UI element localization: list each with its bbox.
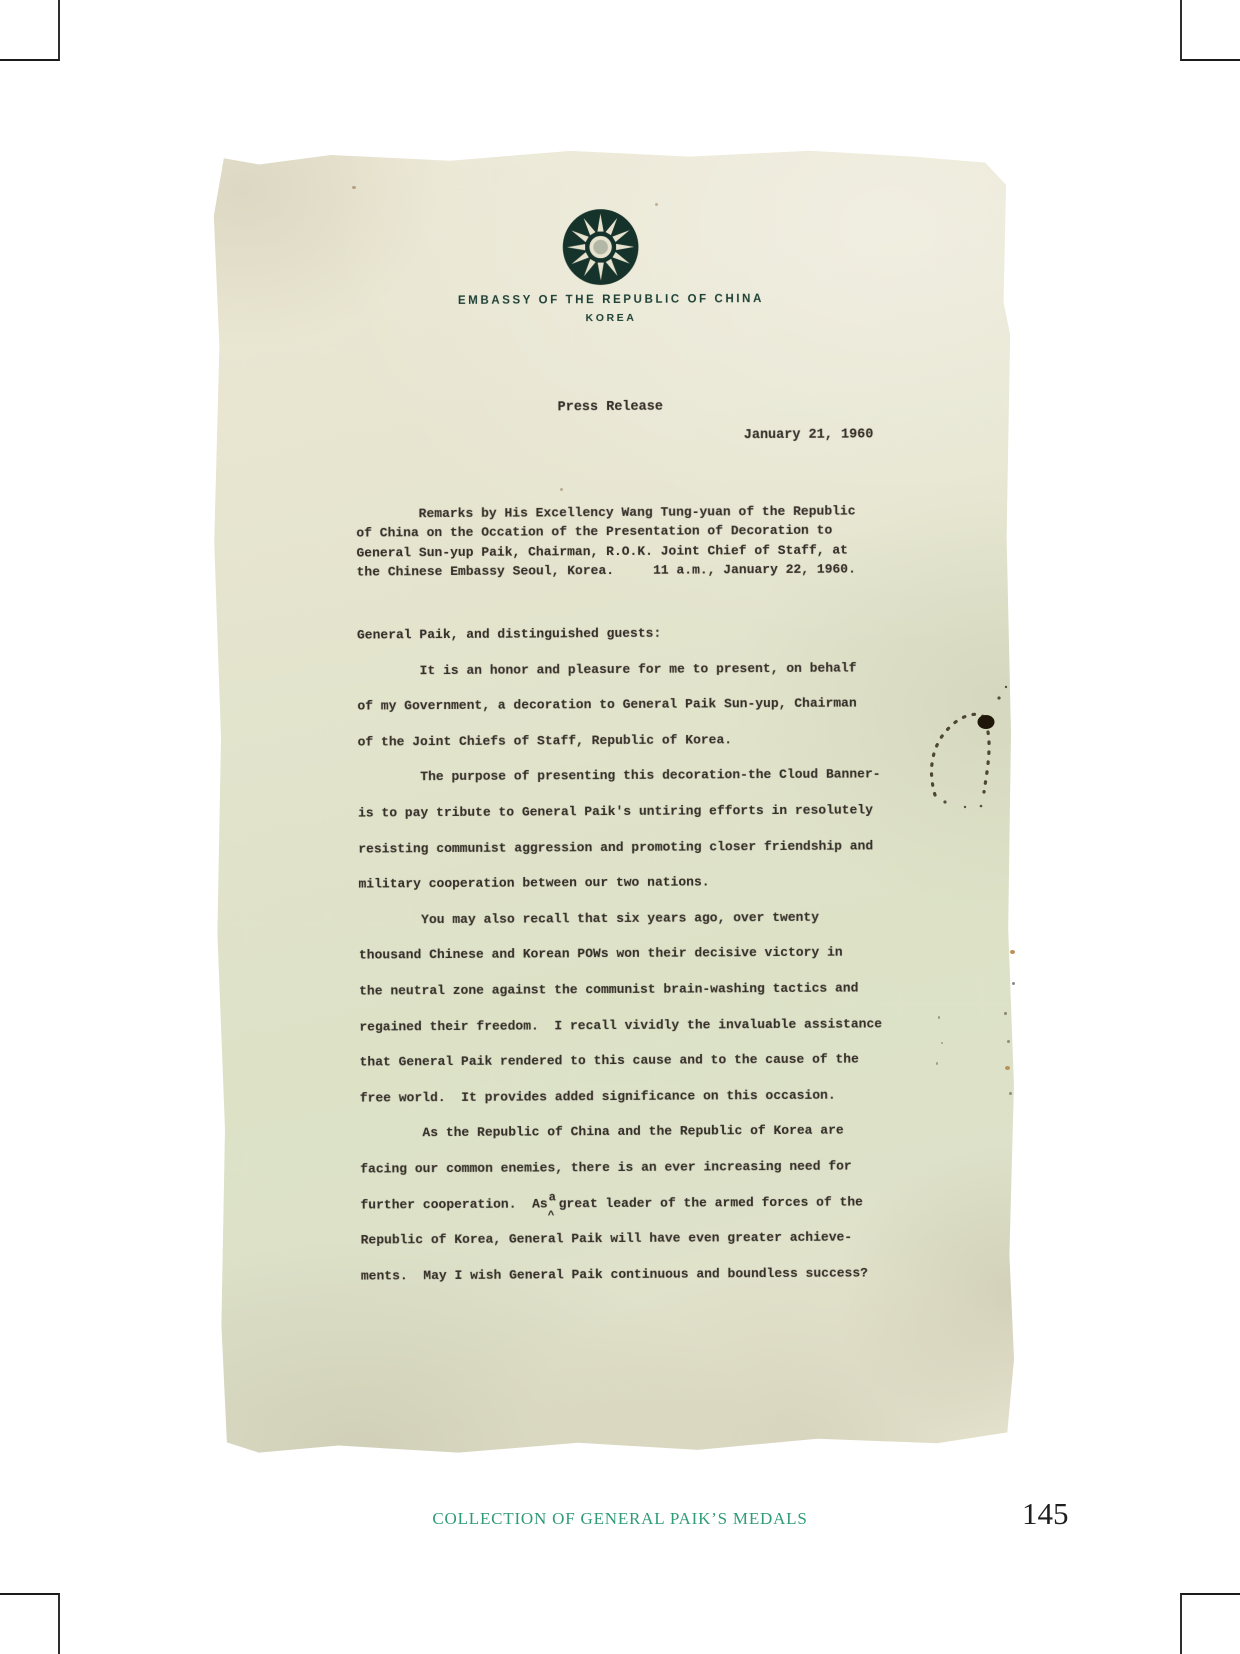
remarks-line: the Chinese Embassy Seoul, Korea. 11 a.m…	[357, 560, 856, 582]
embassy-country: KOREA	[212, 310, 1010, 327]
body-line: Republic of Korea, General Paik will hav…	[361, 1219, 884, 1258]
body-line: regained their freedom. I recall vividly…	[359, 1006, 882, 1045]
body-line: The purpose of presenting this decoratio…	[358, 757, 881, 796]
body-line: the neutral zone against the communist b…	[359, 970, 882, 1009]
body-line: You may also recall that six years ago, …	[359, 899, 882, 938]
crop-mark-bottom-right	[1180, 1593, 1240, 1654]
paper-speck	[560, 488, 563, 491]
crop-mark-top-right	[1180, 0, 1240, 61]
remarks-heading: Remarks by His Excellency Wang Tung-yuan…	[356, 502, 856, 583]
paper-speck	[1009, 1092, 1012, 1095]
letter-date: January 21, 1960	[744, 427, 874, 443]
body-line: ments. May I wish General Paik continuou…	[361, 1255, 884, 1294]
caret-mark: ^	[548, 1199, 555, 1235]
body-line: facing our common enemies, there is an e…	[360, 1148, 883, 1187]
paper-speck	[352, 186, 356, 189]
paper-speck	[941, 1042, 943, 1044]
paper-speck	[1007, 1040, 1010, 1043]
body-line: free world. It provides added significan…	[360, 1077, 883, 1116]
typed-insertion: a^	[548, 1194, 559, 1207]
letter-paper: EMBASSY OF THE REPUBLIC OF CHINA KOREA P…	[211, 146, 1017, 1456]
body-line: resisting communist aggression and promo…	[358, 828, 881, 867]
body-line-pre: further cooperation. As	[360, 1196, 547, 1212]
ink-stain	[915, 680, 1015, 820]
paper-speck	[1004, 1012, 1007, 1015]
body-line: that General Paik rendered to this cause…	[359, 1041, 882, 1080]
doc-type-title: Press Release	[558, 400, 663, 416]
paper-speck	[655, 203, 658, 206]
crop-mark-top-left	[0, 0, 60, 61]
letter-body: General Paik, and distinguished guests: …	[357, 614, 884, 1293]
body-line-with-insertion: further cooperation. Asa^great leader of…	[360, 1184, 883, 1223]
salutation: General Paik, and distinguished guests:	[357, 614, 880, 653]
paper-speck	[1010, 950, 1015, 954]
paper-speck	[938, 1016, 940, 1019]
book-page: EMBASSY OF THE REPUBLIC OF CHINA KOREA P…	[0, 0, 1240, 1654]
paper-speck	[936, 1062, 938, 1065]
embassy-name: EMBASSY OF THE REPUBLIC OF CHINA	[212, 292, 1010, 309]
page-number: 145	[1022, 1496, 1069, 1532]
body-line: thousand Chinese and Korean POWs won the…	[359, 935, 882, 974]
body-line: of the Joint Chiefs of Staff, Republic o…	[358, 721, 881, 760]
body-line: As the Republic of China and the Republi…	[360, 1113, 883, 1152]
body-line: is to pay tribute to General Paik's unti…	[358, 792, 881, 831]
body-line: It is an honor and pleasure for me to pr…	[357, 650, 880, 689]
body-line: of my Government, a decoration to Genera…	[357, 686, 880, 725]
body-line-post: great leader of the armed forces of the	[559, 1194, 863, 1211]
paper-speck	[1012, 982, 1015, 985]
crop-mark-bottom-left	[0, 1593, 60, 1654]
body-line: military cooperation between our two nat…	[358, 864, 881, 903]
roc-white-sun-emblem-icon	[557, 204, 644, 291]
paper-speck	[1005, 1066, 1010, 1070]
